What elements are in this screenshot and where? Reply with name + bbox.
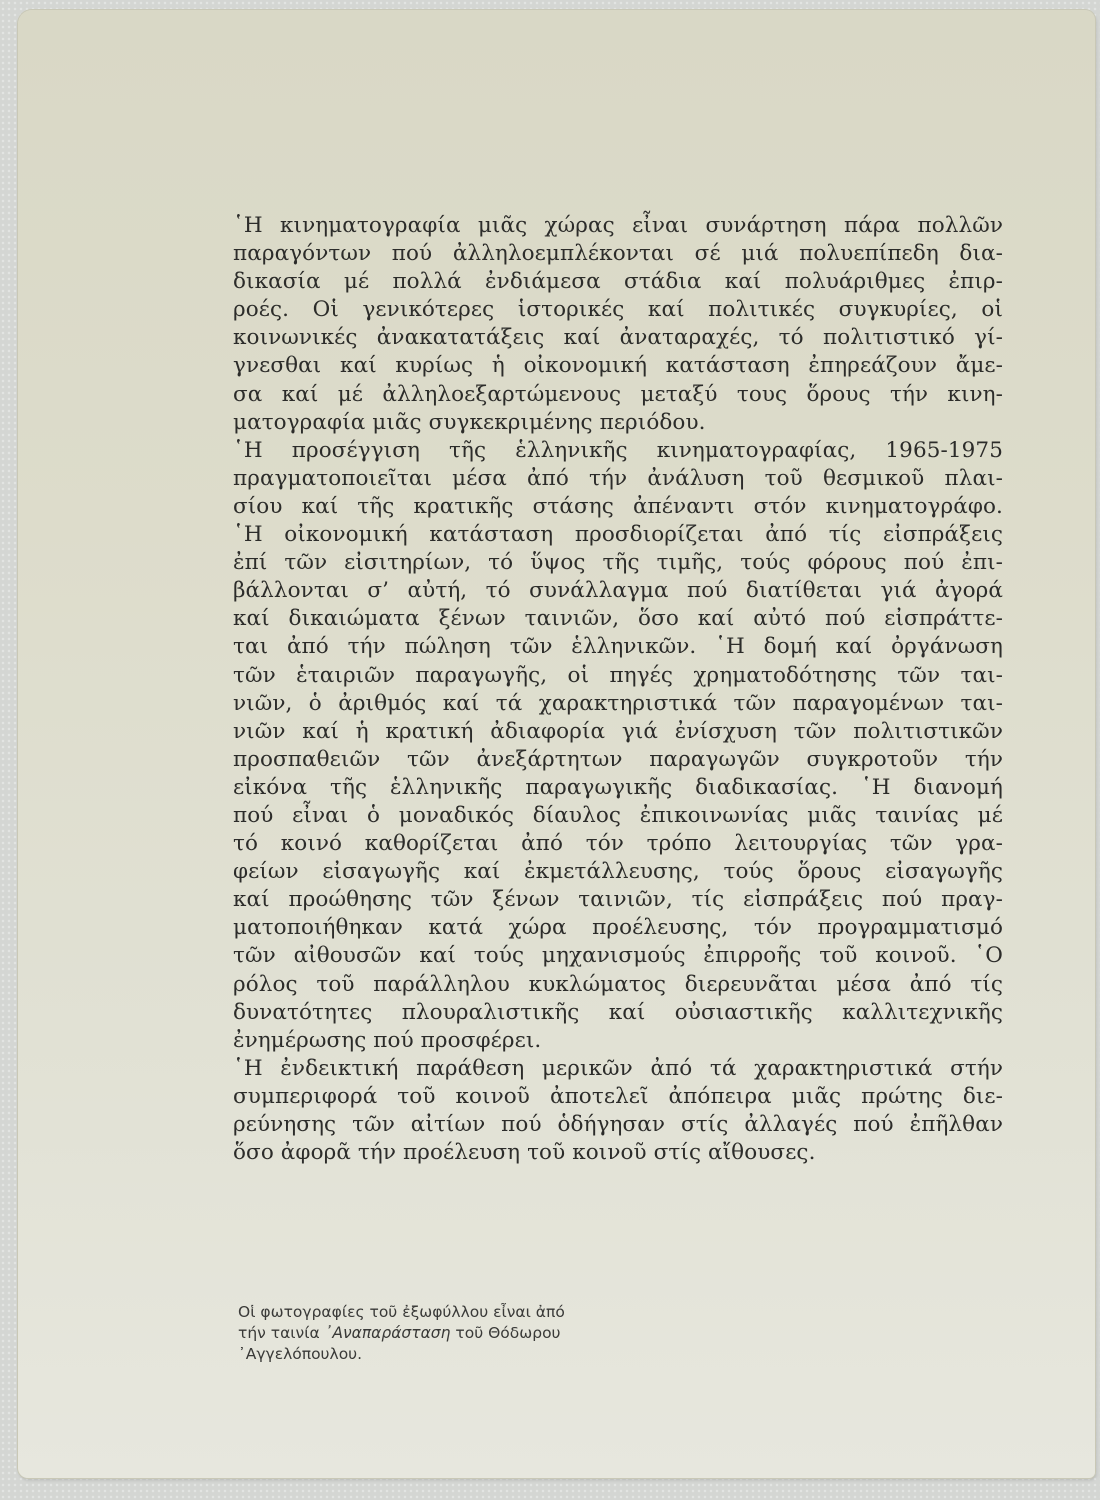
blurb-line: ῾Η προσέγγιση τῆς ἑλληνικῆς κινηματογραφ… bbox=[233, 437, 1003, 465]
blurb-line: πού εἶναι ὁ μοναδικός δίαυλος ἐπικοινωνί… bbox=[233, 802, 1003, 830]
blurb-line: τῶν ἑταιριῶν παραγωγῆς, οἱ πηγές χρηματο… bbox=[233, 662, 1003, 690]
blurb-line: σα καί μέ ἀλληλοεξαρτώμενους μεταξύ τους… bbox=[233, 381, 1003, 409]
blurb-line: φείων εἰσαγωγῆς καί ἐκμετάλλευσης, τούς … bbox=[233, 858, 1003, 886]
credit-line-1: Οἱ φωτογραφίες τοῦ ἐξωφύλλου εἶναι ἀπό bbox=[238, 1302, 658, 1323]
blurb-line: δυνατότητες πλουραλιστικῆς καί οὐσιαστικ… bbox=[233, 999, 1003, 1027]
blurb-line: νιῶν, ὁ ἀριθμός καί τά χαρακτηριστικά τῶ… bbox=[233, 690, 1003, 718]
blurb-line: ρεύνησης τῶν αἰτίων πού ὁδήγησαν στίς ἀλ… bbox=[233, 1111, 1003, 1139]
blurb-line: πραγματοποιεῖται μέσα ἀπό τήν ἀνάλυση το… bbox=[233, 465, 1003, 493]
blurb-line: σίου καί τῆς κρατικῆς στάσης ἀπέναντι στ… bbox=[233, 493, 1003, 521]
blurb-line: κοινωνικές ἀνακατατάξεις καί ἀναταραχές,… bbox=[233, 324, 1003, 352]
book-back-cover: ῾Η κινηματογραφία μιᾶς χώρας εἶναι συνάρ… bbox=[18, 10, 1095, 1478]
blurb-line: βάλλονται σ’ αὐτή, τό συνάλλαγμα πού δια… bbox=[233, 577, 1003, 605]
blurb-line: ροές. Οἱ γενικότερες ἱστορικές καί πολιτ… bbox=[233, 296, 1003, 324]
blurb-line: ματοποιήθηκαν κατά χώρα προέλευσης, τόν … bbox=[233, 914, 1003, 942]
credit-line-2-pre: τήν ταινία bbox=[238, 1324, 325, 1342]
blurb-line: ἐνημέρωσης πού προσφέρει. bbox=[233, 1027, 1003, 1055]
credit-line-2-post: τοῦ Θόδωρου bbox=[450, 1324, 560, 1342]
blurb-line: παραγόντων πού ἀλληλοεμπλέκονται σέ μιά … bbox=[233, 240, 1003, 268]
cover-photo-credit: Οἱ φωτογραφίες τοῦ ἐξωφύλλου εἶναι ἀπό τ… bbox=[238, 1302, 658, 1365]
blurb-line: συμπεριφορά τοῦ κοινοῦ ἀποτελεῖ ἀπόπειρα… bbox=[233, 1083, 1003, 1111]
blurb-line: τῶν αἰθουσῶν καί τούς μηχανισμούς ἐπιρρο… bbox=[233, 942, 1003, 970]
blurb-line: ῾Η οἰκονομική κατάσταση προσδιορίζεται ἀ… bbox=[233, 521, 1003, 549]
credit-line-3: ᾿Αγγελόπουλου. bbox=[238, 1344, 658, 1365]
blurb-line: ρόλος τοῦ παράλληλου κυκλώματος διερευνᾶ… bbox=[233, 971, 1003, 999]
blurb-line: ἐπί τῶν εἰσιτηρίων, τό ὕψος τῆς τιμῆς, τ… bbox=[233, 549, 1003, 577]
blurb-line: καί δικαιώματα ξένων ταινιῶν, ὅσο καί αὐ… bbox=[233, 605, 1003, 633]
blurb-line: ὅσο ἀφορᾶ τήν προέλευση τοῦ κοινοῦ στίς … bbox=[233, 1139, 1003, 1167]
blurb-line: ῾Η ἐνδεικτική παράθεση μερικῶν ἀπό τά χα… bbox=[233, 1055, 1003, 1083]
blurb-line: νιῶν καί ἡ κρατική ἀδιαφορία γιά ἐνίσχυσ… bbox=[233, 718, 1003, 746]
blurb-line: ται ἀπό τήν πώληση τῶν ἑλληνικῶν. ῾Η δομ… bbox=[233, 633, 1003, 661]
back-cover-blurb: ῾Η κινηματογραφία μιᾶς χώρας εἶναι συνάρ… bbox=[233, 212, 1003, 1167]
blurb-line: εἰκόνα τῆς ἑλληνικῆς παραγωγικῆς διαδικα… bbox=[233, 774, 1003, 802]
blurb-line: τό κοινό καθορίζεται ἀπό τόν τρόπο λειτο… bbox=[233, 830, 1003, 858]
blurb-line: ῾Η κινηματογραφία μιᾶς χώρας εἶναι συνάρ… bbox=[233, 212, 1003, 240]
film-title: ᾿Αναπαράσταση bbox=[325, 1324, 451, 1342]
blurb-line: καί προώθησης τῶν ξένων ταινιῶν, τίς εἰσ… bbox=[233, 886, 1003, 914]
blurb-line: δικασία μέ πολλά ἐνδιάμεσα στάδια καί πο… bbox=[233, 268, 1003, 296]
blurb-line: ματογραφία μιᾶς συγκεκριμένης περιόδου. bbox=[233, 409, 1003, 437]
blurb-line: γνεσθαι καί κυρίως ἡ οἰκονομική κατάστασ… bbox=[233, 352, 1003, 380]
blurb-line: προσπαθειῶν τῶν ἀνεξάρτητων παραγωγῶν συ… bbox=[233, 746, 1003, 774]
credit-line-2: τήν ταινία ᾿Αναπαράσταση τοῦ Θόδωρου bbox=[238, 1323, 658, 1344]
